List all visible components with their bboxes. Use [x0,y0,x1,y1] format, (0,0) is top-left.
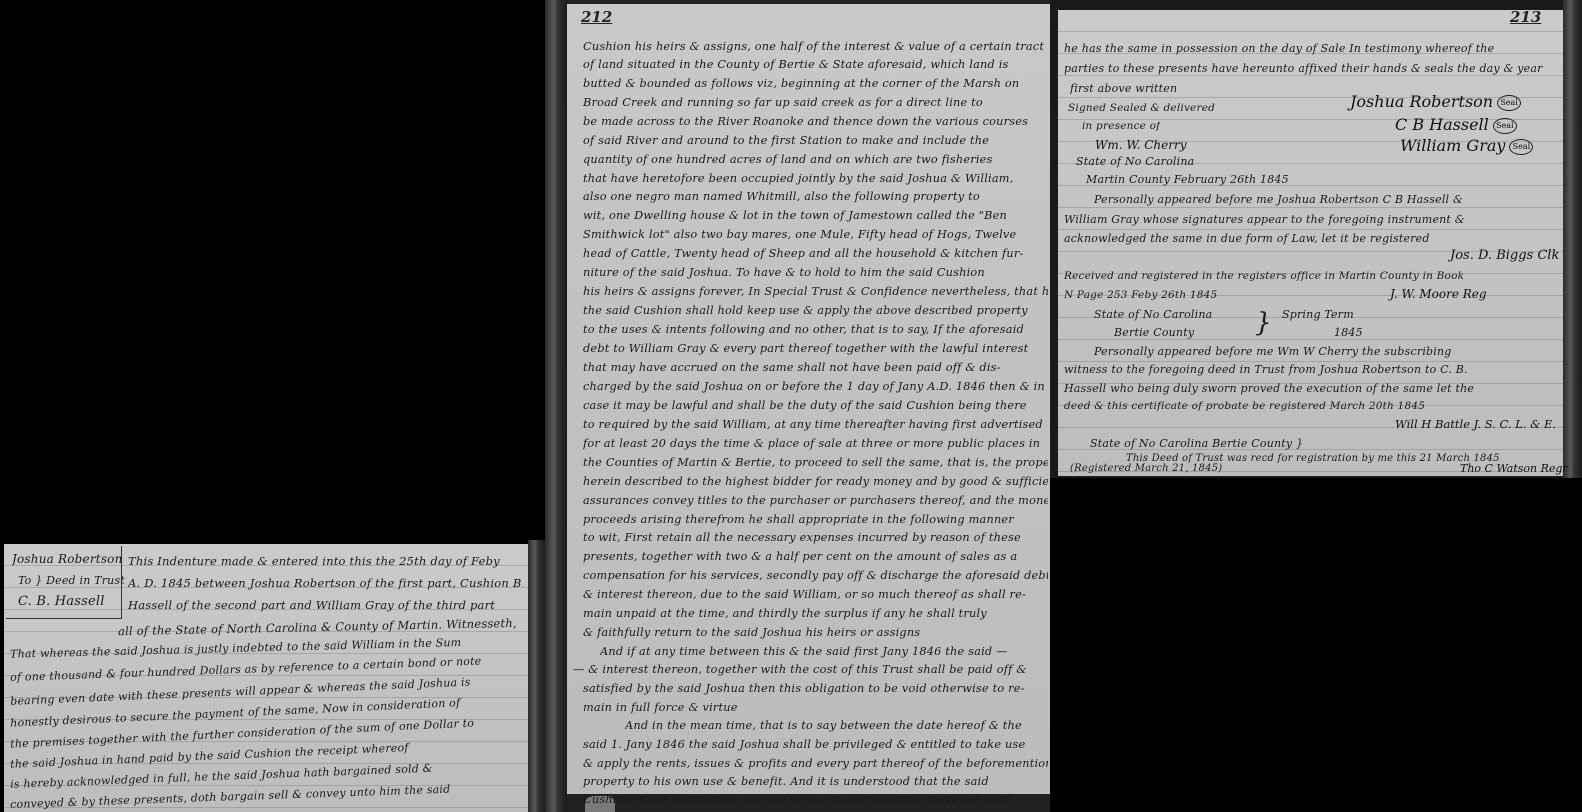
deed-text-line: herein described to the highest bidder f… [583,475,1048,488]
witness-signature: Wm. W. Cherry [1095,138,1186,152]
judge-signature: Will H Battle J. S. C. L. & E. [1395,417,1556,431]
left-page-fragment: Joshua Robertson To } Deed in Trust C. B… [0,540,545,812]
margin-note-line: C. B. Hassell [18,594,105,609]
deed-text-line: property to his own use & benefit. And i… [583,775,1048,788]
deed-text-line: main in full force & virtue [583,701,1048,714]
page-number: 213 [1510,8,1541,26]
registration-note: (Registered March 21, 1845) [1070,463,1222,474]
seal-icon: Seal [1509,139,1533,155]
deed-text-line: proceeds arising therefrom he shall appr… [583,513,1048,526]
signature: Joshua RobertsonSeal [1350,92,1521,111]
deed-text-line: of land situated in the County of Bertie… [583,58,1048,71]
probate-line: Martin County February 26th 1845 [1086,173,1289,186]
deed-text-line: And in the mean time, that is to say bet… [625,719,1048,732]
deed-text-line: compensation for his services, secondly … [583,569,1048,582]
deed-text-line: Smithwick lot" also two bay mares, one M… [583,228,1048,241]
probate-line: acknowledged the same in due form of Law… [1064,232,1559,245]
deed-text-line: head of Cattle, Twenty head of Sheep and… [583,247,1048,260]
register-signature: J. W. Moore Reg [1390,287,1487,301]
deed-text-line: & faithfully return to the said Joshua h… [583,626,1048,639]
page-212: 212 Cushion his heirs & assigns, one hal… [545,0,1050,812]
seal-icon: Seal [1497,95,1521,111]
deed-text-line: of said River and around to the first St… [583,134,1048,147]
deed-text-line: to the uses & intents following and no o… [583,323,1048,336]
deed-text-line: be made across to the River Roanoke and … [583,115,1048,128]
deed-text-line: he has the same in possession on the day… [1064,42,1559,55]
deed-text-line: quantity of one hundred acres of land an… [583,153,1048,166]
page-212-left-binding [545,0,567,812]
deed-text-line: & interest thereon, due to the said Will… [583,588,1048,601]
deed-text-line: the Counties of Martin & Bertie, to proc… [583,456,1048,469]
deed-text-line: Cushion his heirs & assigns, one half of… [583,40,1048,53]
signature: William GraySeal [1400,136,1533,155]
probate-line: State of No Carolina [1076,155,1194,168]
register-signature: Tho C Watson Regr [1460,462,1568,475]
deed-text-line: butted & bounded as follows viz, beginni… [583,77,1048,90]
deed-text-line: main unpaid at the time, and thirdly the… [583,607,1048,620]
deed-text-line: Broad Creek and running so far up said c… [583,96,1048,109]
left-binding-edge [528,540,545,812]
deed-text-line: for at least 20 days the time & place of… [583,437,1048,450]
deed-text-line: said 1. Jany 1846 the said Joshua shall … [583,738,1048,751]
probate-line: witness to the foregoing deed in Trust f… [1064,363,1559,376]
probate-state: State of No Carolina [1094,308,1212,321]
registration-line: N Page 253 Feby 26th 1845 [1064,289,1217,301]
deed-text-line: A. D. 1845 between Joshua Robertson of t… [128,576,523,590]
page-213-right-edge [1563,0,1582,478]
deed-text-line: This Indenture made & entered into this … [128,554,523,568]
probate-brace: } [1255,310,1272,336]
clerk-signature: Jos. D. Biggs Clk [1450,248,1559,263]
deed-text-line: that may have accrued on the same shall … [583,361,1048,374]
deed-text-line: case it may be lawful and shall be the d… [583,399,1048,412]
deed-text-line: niture of the said Joshua. To have & to … [583,266,1048,279]
probate-county: Bertie County [1114,326,1194,339]
probate-line: deed & this certificate of probate be re… [1064,400,1559,412]
deed-text-line: to wit, First retain all the necessary e… [583,531,1048,544]
deed-text-line: Cushion is not responsible for any of th… [583,793,1048,806]
deed-text-line: assurances convey titles to the purchase… [583,494,1048,507]
witness-label: in presence of [1082,120,1160,132]
deed-text-line: — & interest thereon, together with the … [573,663,1048,676]
signature-name: C B Hassell [1395,115,1489,134]
deed-text-line: & apply the rents, issues & profits and … [583,757,1048,770]
witness-label: Signed Sealed & delivered [1068,102,1215,114]
deed-text-line: first above written [1070,82,1177,95]
deed-text-line: to required by the said William, at any … [583,418,1048,431]
deed-text-line: And if at any time between this & the sa… [600,645,1048,658]
deed-text-line: presents, together with two & a half per… [583,550,1048,563]
deed-text-line: that have heretofore been occupied joint… [583,172,1048,185]
deed-text-line: also one negro man named Whitmill, also … [583,190,1048,203]
probate-term: Spring Term [1282,308,1354,321]
deed-text-line: charged by the said Joshua on or before … [583,380,1048,393]
probate-year: 1845 [1334,326,1363,339]
margin-note-line: To } Deed in Trust [18,574,125,587]
page-213: 213 he has the same in possession on the… [1050,0,1582,478]
signature: C B HassellSeal [1395,115,1517,134]
signature-name: Joshua Robertson [1350,92,1493,111]
deed-text-line: his heirs & assigns forever, In Special … [583,285,1048,298]
deed-text-line: wit, one Dwelling house & lot in the tow… [583,209,1048,222]
registration-line: State of No Carolina Bertie County } [1090,437,1303,450]
page-number: 212 [581,8,612,26]
registration-line: Received and registered in the registers… [1064,270,1559,282]
signature-name: William Gray [1400,136,1505,155]
probate-line: Personally appeared before me Wm W Cherr… [1094,345,1559,358]
deed-text-line: the said Cushion shall hold keep use & a… [583,304,1048,317]
deed-text-line: satisfied by the said Joshua then this o… [583,682,1048,695]
probate-line: William Gray whose signatures appear to … [1064,213,1559,226]
margin-note-line: Joshua Robertson [12,552,123,566]
deed-text-line: Hassell of the second part and William G… [128,598,523,612]
probate-line: Hassell who being duly sworn proved the … [1064,382,1559,395]
deed-text-line: parties to these presents have hereunto … [1064,62,1559,75]
probate-line: Personally appeared before me Joshua Rob… [1094,193,1559,206]
seal-icon: Seal [1493,118,1517,134]
deed-text-line: debt to William Gray & every part thereo… [583,342,1048,355]
